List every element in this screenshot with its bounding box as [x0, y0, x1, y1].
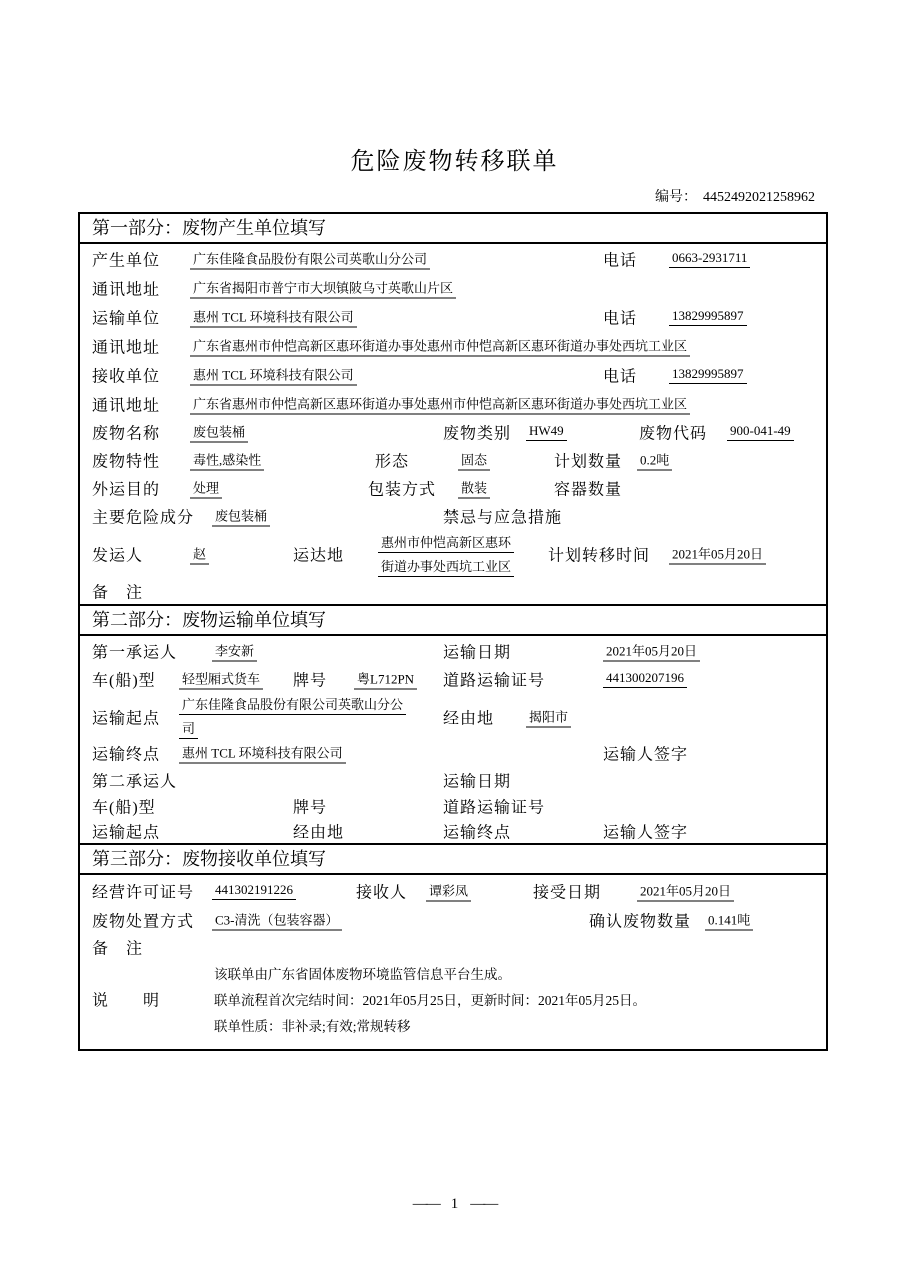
- row-waste-name: 废物名称 废包装桶 废物类别 HW49 废物代码 900-041-49: [80, 418, 826, 446]
- origin1-value: 广东佳隆食品股份有限公司英歌山分公 司: [179, 694, 406, 742]
- waste-name-value: 废包装桶: [190, 422, 248, 443]
- form-state-value: 固态: [458, 450, 490, 471]
- note-line2: 联单流程首次完结时间：2021年05月25日，更新时间：2021年05月25日。: [214, 988, 646, 1014]
- phone1-label: 电话: [603, 247, 637, 270]
- disposal-value: C3-清洗（包装容器）: [212, 910, 342, 931]
- remark-s1-label: 备 注: [92, 580, 143, 603]
- row-shipper: 发运人 赵 运达地 惠州市仲恺高新区惠环 街道办事处西坑工业区 计划转移时间 2…: [80, 530, 826, 578]
- destination-label: 运达地: [293, 543, 344, 566]
- disposal-label: 废物处置方式: [92, 909, 194, 932]
- transporter-label: 运输单位: [92, 305, 160, 328]
- form-state-label: 形态: [375, 449, 409, 472]
- section3-body: 经营许可证号 441302191226 接收人 谭彩凤 接受日期 2021年05…: [80, 875, 826, 1049]
- row-end1: 运输终点 惠州 TCL 环境科技有限公司 运输人签字: [80, 740, 826, 766]
- ship-date1-label: 运输日期: [443, 639, 511, 662]
- plate1-label: 牌号: [293, 668, 327, 691]
- row-carrier2: 第二承运人 运输日期: [80, 766, 826, 793]
- row-note: 说 明 该联单由广东省固体废物环境监管信息平台生成。 联单流程首次完结时间：20…: [80, 959, 826, 1039]
- vehicle2-label: 车(船)型: [92, 795, 156, 818]
- receiver-label: 接收单位: [92, 363, 160, 386]
- plate2-label: 牌号: [293, 795, 327, 818]
- page-number: 1: [451, 1196, 459, 1213]
- recipient-value: 谭彩凤: [426, 880, 471, 901]
- manifest-form: 第一部分：废物产生单位填写 产生单位 广东佳隆食品股份有限公司英歌山分公司 电话…: [78, 212, 828, 1051]
- row-vehicle1: 车(船)型 轻型厢式货车 牌号 粤L712PN 道路运输证号 441300207…: [80, 665, 826, 693]
- phone1-value: 0663-2931711: [669, 250, 750, 268]
- producer-label: 产生单位: [92, 247, 160, 270]
- document-number-value: 4452492021258962: [703, 190, 815, 205]
- destination-line1: 惠州市仲恺高新区惠环: [378, 532, 514, 553]
- addr1-value: 广东省揭阳市普宁市大坝镇陂乌寸英歌山片区: [190, 277, 456, 298]
- confirm-qty-value: 0.141吨: [705, 910, 753, 931]
- document-title: 危险废物转移联单: [0, 141, 909, 176]
- recipient-label: 接收人: [356, 879, 407, 902]
- waste-code-label: 废物代码: [639, 421, 707, 444]
- via1-value: 揭阳市: [526, 706, 571, 727]
- sign1-label: 运输人签字: [603, 742, 688, 765]
- note-line3: 联单性质：非补录;有效;常规转移: [214, 1014, 646, 1040]
- phone2-value: 13829995897: [669, 308, 747, 326]
- row-producer: 产生单位 广东佳隆食品股份有限公司英歌山分公司 电话 0663-2931711: [80, 244, 826, 273]
- vehicle1-label: 车(船)型: [92, 668, 156, 691]
- row-origin2: 运输起点 经由地 运输终点 运输人签字: [80, 819, 826, 843]
- row-producer-address: 通讯地址 广东省揭阳市普宁市大坝镇陂乌寸英歌山片区: [80, 273, 826, 302]
- hazard-value: 废包装桶: [212, 506, 270, 527]
- accept-date-label: 接受日期: [533, 879, 601, 902]
- carrier1-label: 第一承运人: [92, 639, 177, 662]
- plan-time-label: 计划转移时间: [548, 543, 650, 566]
- emergency-label: 禁忌与应急措施: [443, 505, 562, 528]
- packing-value: 散装: [458, 478, 490, 499]
- row-hazard: 主要危险成分 废包装桶 禁忌与应急措施: [80, 502, 826, 530]
- plan-time-value: 2021年05月20日: [669, 544, 766, 565]
- section2-header: 第二部分：废物运输单位填写: [80, 604, 826, 636]
- waste-category-value: HW49: [526, 423, 567, 441]
- footer-dash-right: ——: [470, 1196, 496, 1213]
- note-label: 说 明: [92, 988, 160, 1011]
- row-license: 经营许可证号 441302191226 接收人 谭彩凤 接受日期 2021年05…: [80, 875, 826, 906]
- plan-qty-value: 0.2吨: [637, 450, 672, 471]
- road-permit1-value: 441300207196: [603, 670, 687, 688]
- carrier1-value: 李安新: [212, 640, 257, 661]
- shipper-value: 赵: [190, 544, 209, 565]
- note-line1: 该联单由广东省固体废物环境监管信息平台生成。: [214, 962, 646, 988]
- license-value: 441302191226: [212, 882, 296, 900]
- origin1-label: 运输起点: [92, 705, 160, 728]
- via1-label: 经由地: [443, 705, 494, 728]
- section3-header: 第三部分：废物接收单位填写: [80, 843, 826, 875]
- end2-label: 运输终点: [443, 820, 511, 843]
- waste-category-label: 废物类别: [443, 421, 511, 444]
- road-permit2-label: 道路运输证号: [443, 795, 545, 818]
- row-carrier1: 第一承运人 李安新 运输日期 2021年05月20日: [80, 636, 826, 665]
- manifest-document: 危险废物转移联单 编号：4452492021258962 第一部分：废物产生单位…: [0, 0, 909, 1286]
- footer-dash-left: ——: [413, 1196, 439, 1213]
- document-number-label: 编号：: [655, 190, 697, 205]
- row-receiver-address: 通讯地址 广东省惠州市仲恺高新区惠环街道办事处惠州市仲恺高新区惠环街道办事处西坑…: [80, 389, 826, 418]
- addr2-label: 通讯地址: [92, 334, 160, 357]
- addr3-label: 通讯地址: [92, 392, 160, 415]
- ship-date2-label: 运输日期: [443, 768, 511, 791]
- page-footer: —— 1 ——: [0, 1196, 909, 1213]
- section1-body: 产生单位 广东佳隆食品股份有限公司英歌山分公司 电话 0663-2931711 …: [80, 244, 826, 604]
- origin1-line2: 司: [179, 718, 198, 739]
- note-text: 该联单由广东省固体废物环境监管信息平台生成。 联单流程首次完结时间：2021年0…: [214, 962, 646, 1040]
- confirm-qty-label: 确认废物数量: [589, 909, 691, 932]
- road-permit1-label: 道路运输证号: [443, 668, 545, 691]
- end1-label: 运输终点: [92, 742, 160, 765]
- row-waste-property: 废物特性 毒性,感染性 形态 固态 计划数量 0.2吨: [80, 446, 826, 474]
- remark-s3-label: 备 注: [92, 935, 143, 958]
- row-purpose: 外运目的 处理 包装方式 散装 容器数量: [80, 474, 826, 502]
- waste-property-value: 毒性,感染性: [190, 450, 264, 471]
- vehicle1-value: 轻型厢式货车: [179, 669, 263, 690]
- row-transporter-address: 通讯地址 广东省惠州市仲恺高新区惠环街道办事处惠州市仲恺高新区惠环街道办事处西坑…: [80, 331, 826, 360]
- row-vehicle2: 车(船)型 牌号 道路运输证号: [80, 793, 826, 819]
- container-qty-label: 容器数量: [554, 477, 622, 500]
- license-label: 经营许可证号: [92, 879, 194, 902]
- destination-line2: 街道办事处西坑工业区: [378, 556, 514, 577]
- plan-qty-label: 计划数量: [554, 449, 622, 472]
- waste-code-value: 900-041-49: [727, 423, 794, 441]
- row-origin1: 运输起点 广东佳隆食品股份有限公司英歌山分公 司 经由地 揭阳市: [80, 693, 826, 740]
- destination-value: 惠州市仲恺高新区惠环 街道办事处西坑工业区: [378, 532, 514, 580]
- phone3-value: 13829995897: [669, 366, 747, 384]
- producer-value: 广东佳隆食品股份有限公司英歌山分公司: [190, 248, 430, 269]
- addr3-value: 广东省惠州市仲恺高新区惠环街道办事处惠州市仲恺高新区惠环街道办事处西坑工业区: [190, 393, 690, 414]
- hazard-label: 主要危险成分: [92, 505, 194, 528]
- shipper-label: 发运人: [92, 543, 143, 566]
- addr2-value: 广东省惠州市仲恺高新区惠环街道办事处惠州市仲恺高新区惠环街道办事处西坑工业区: [190, 335, 690, 356]
- end1-value: 惠州 TCL 环境科技有限公司: [179, 743, 346, 764]
- row-remark-s3: 备 注: [80, 934, 826, 959]
- addr1-label: 通讯地址: [92, 276, 160, 299]
- packing-label: 包装方式: [368, 477, 436, 500]
- row-remark-s1: 备 注: [80, 578, 826, 604]
- accept-date-value: 2021年05月20日: [637, 880, 734, 901]
- purpose-label: 外运目的: [92, 477, 160, 500]
- row-disposal: 废物处置方式 C3-清洗（包装容器） 确认废物数量 0.141吨: [80, 906, 826, 934]
- waste-property-label: 废物特性: [92, 449, 160, 472]
- receiver-value: 惠州 TCL 环境科技有限公司: [190, 364, 357, 385]
- plate1-value: 粤L712PN: [354, 669, 417, 690]
- transporter-value: 惠州 TCL 环境科技有限公司: [190, 306, 357, 327]
- purpose-value: 处理: [190, 478, 222, 499]
- row-transporter: 运输单位 惠州 TCL 环境科技有限公司 电话 13829995897: [80, 302, 826, 331]
- row-receiver: 接收单位 惠州 TCL 环境科技有限公司 电话 13829995897: [80, 360, 826, 389]
- carrier2-label: 第二承运人: [92, 768, 177, 791]
- ship-date1-value: 2021年05月20日: [603, 640, 700, 661]
- section1-header: 第一部分：废物产生单位填写: [80, 214, 826, 244]
- via2-label: 经由地: [293, 820, 344, 843]
- waste-name-label: 废物名称: [92, 421, 160, 444]
- origin1-line1: 广东佳隆食品股份有限公司英歌山分公: [179, 694, 406, 715]
- section2-body: 第一承运人 李安新 运输日期 2021年05月20日 车(船)型 轻型厢式货车 …: [80, 636, 826, 843]
- phone2-label: 电话: [603, 305, 637, 328]
- origin2-label: 运输起点: [92, 820, 160, 843]
- sign2-label: 运输人签字: [603, 820, 688, 843]
- document-number: 编号：4452492021258962: [655, 186, 815, 206]
- phone3-label: 电话: [603, 363, 637, 386]
